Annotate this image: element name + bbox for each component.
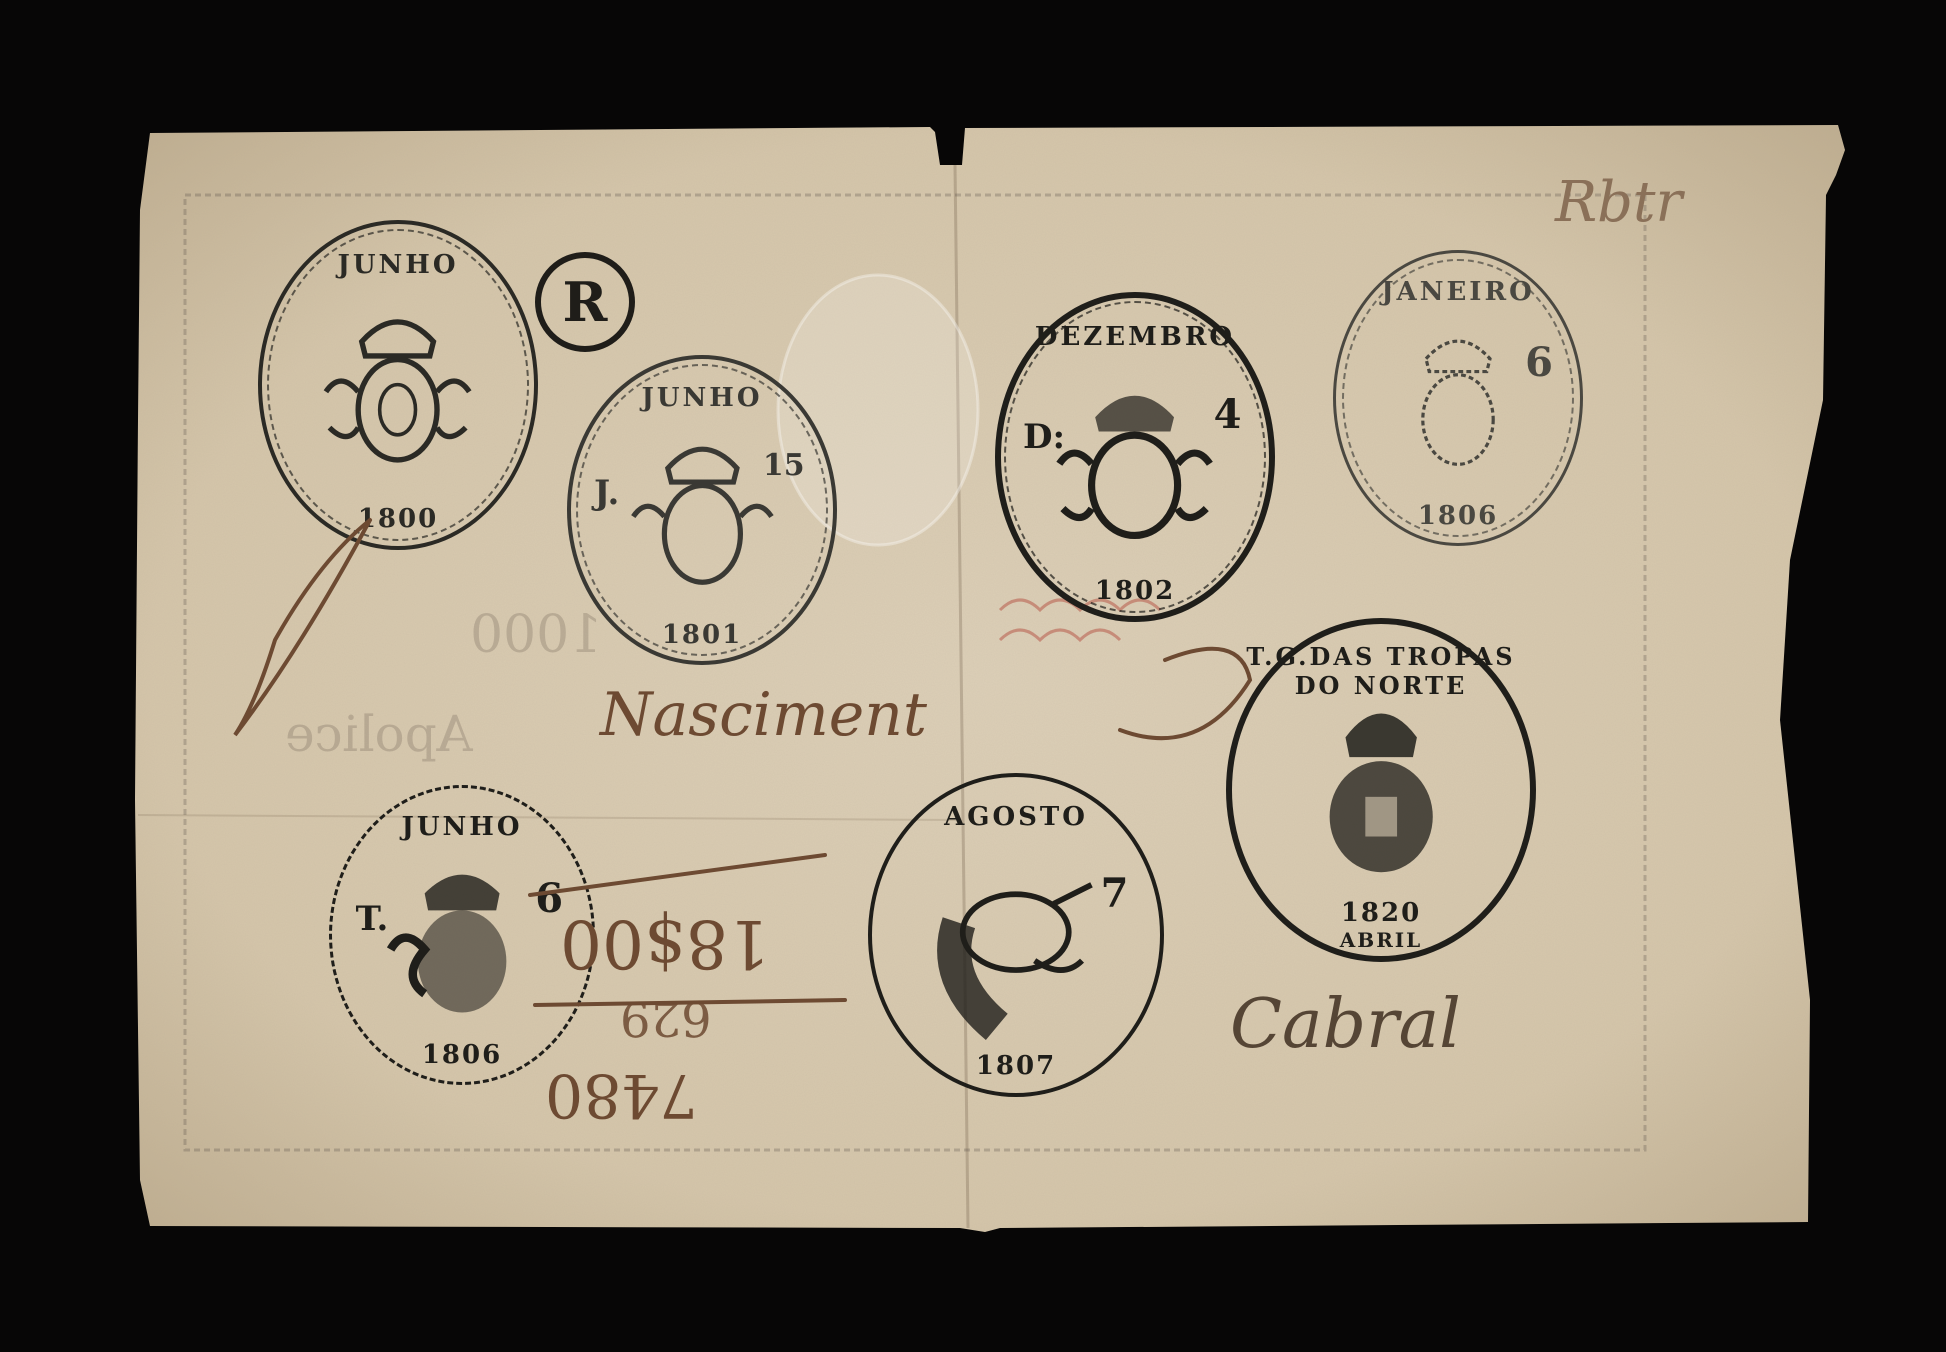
initials-rbtr: Rbtr <box>1555 170 1682 235</box>
signature-nasciment: Nasciment <box>600 680 927 750</box>
handwritten-number: 18$00 <box>560 905 770 982</box>
banknote-photo: 1000 Apolice JUNHO 1800 R JUNHO J. 15 18… <box>0 0 1946 1352</box>
handwritten-number: 629 <box>620 990 712 1046</box>
handwritten-number: 7480 <box>545 1060 698 1130</box>
signature-cabral: Cabral <box>1230 985 1461 1064</box>
